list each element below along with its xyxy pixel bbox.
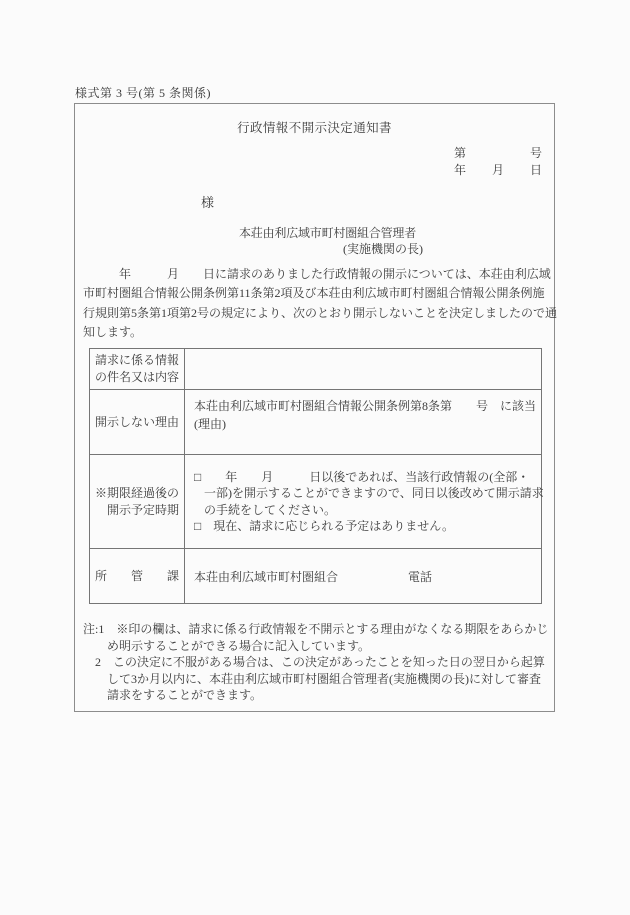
note-line: 注:1 ※印の欄は、請求に係る行政情報を不開示とする理由がなくなる期限をあらかじ [83,621,548,638]
sender-name: 本荘由利広域市町村圏組合管理者 [239,224,416,241]
option-text: 一部)を開示することができますので、同日以後改めて開示請求 [194,485,541,501]
doc-number-prefix: 第 [454,145,466,162]
body-line: 知します。 [83,323,553,342]
reason-statute-line: 本荘由利広域市町村圏組合情報公開条例第8条第 号 に該当 [194,398,537,416]
row-label-line: の件名又は内容 [95,369,184,386]
note-line: 請求をすることができます。 [83,687,548,704]
table-row: 開示しない理由 本荘由利広域市町村圏組合情報公開条例第8条第 号 に該当 (理由… [90,390,542,455]
option-text: 現在、請求に応じられる予定はありません。 [201,519,454,533]
option-text: 年 月 日以後であれば、当該行政情報の(全部・ [201,470,529,484]
doc-number-suffix: 号 [530,145,542,162]
notice-form-box: 行政情報不開示決定通知書 第 号 年 月 日 様 本荘由利広域市町村圏組合管理者… [74,103,555,712]
row-label-line: ※期限経過後の [95,485,184,502]
doc-number-line: 第 号 [454,145,542,162]
option-text: の手続をしてください。 [194,502,541,518]
body-line: 市町村圏組合情報公開条例第11条第2項及び本荘由利広域市町村圏組合情報公開条例施 [83,284,553,303]
schedule-option-1: □ 年 月 日以後であれば、当該行政情報の(全部・ [194,469,541,485]
form-number-label: 様式第 3 号(第 5 条関係) [75,84,211,101]
note-line: め明示することができる場合に記入しています。 [83,638,548,655]
table-row: 所 管 課 本荘由利広域市町村圏組合電話 [90,549,542,604]
row-label-line: 所 管 課 [95,568,184,585]
body-line: 行規則第5条第1項第2号の規定により、次のとおり開示しないことを決定しましたので… [83,304,553,323]
table-row: ※期限経過後の 開示予定時期 □ 年 月 日以後であれば、当該行政情報の(全部・… [90,455,542,549]
date-line: 年 月 日 [454,162,542,179]
cell-request-info [185,349,542,390]
cell-department: 本荘由利広域市町村圏組合電話 [185,549,542,604]
form-table: 請求に係る情報 の件名又は内容 開示しない理由 本荘由利広域市町村圏組合情報公開… [89,348,542,604]
cell-reason: 本荘由利広域市町村圏組合情報公開条例第8条第 号 に該当 (理由) [185,390,542,455]
body-line: 年 月 日に請求のありました行政情報の開示については、本荘由利広域 [83,265,553,284]
doc-number-date-block: 第 号 年 月 日 [454,145,542,179]
cell-disclosure-schedule: □ 年 月 日以後であれば、当該行政情報の(全部・ 一部)を開示することができま… [185,455,542,549]
date-year-label: 年 [454,162,466,179]
table-row: 請求に係る情報 の件名又は内容 [90,349,542,390]
date-day-label: 日 [530,162,542,179]
row-label-disclosure-schedule: ※期限経過後の 開示予定時期 [90,455,185,549]
sender-role: (実施機関の長) [343,240,423,257]
phone-label: 電話 [408,570,432,584]
notes-block: 注:1 ※印の欄は、請求に係る行政情報を不開示とする理由がなくなる期限をあらかじ… [83,621,548,704]
note-line: 2 この決定に不服がある場合は、この決定があったことを知った日の翌日から起算 [83,654,548,671]
body-paragraph: 年 月 日に請求のありました行政情報の開示については、本荘由利広域 市町村圏組合… [83,265,553,342]
row-label-request-info: 請求に係る情報 の件名又は内容 [90,349,185,390]
document-title: 行政情報不開示決定通知書 [75,118,554,136]
row-label-line: 開示しない理由 [95,414,184,431]
row-label-department: 所 管 課 [90,549,185,604]
department-org-name: 本荘由利広域市町村圏組合 [194,570,338,584]
row-label-line: 開示予定時期 [95,502,184,519]
date-month-label: 月 [492,162,504,179]
reason-detail-line: (理由) [194,416,537,434]
row-label-reason: 開示しない理由 [90,390,185,455]
schedule-option-2: □ 現在、請求に応じられる予定はありません。 [194,518,541,534]
recipient-honorific: 様 [201,192,214,211]
note-line: して3か月以内に、本荘由利広域市町村圏組合管理者(実施機関の長)に対して審査 [83,671,548,688]
row-label-line: 請求に係る情報 [95,352,184,369]
document-page: 様式第 3 号(第 5 条関係) 行政情報不開示決定通知書 第 号 年 月 日 … [0,0,630,915]
